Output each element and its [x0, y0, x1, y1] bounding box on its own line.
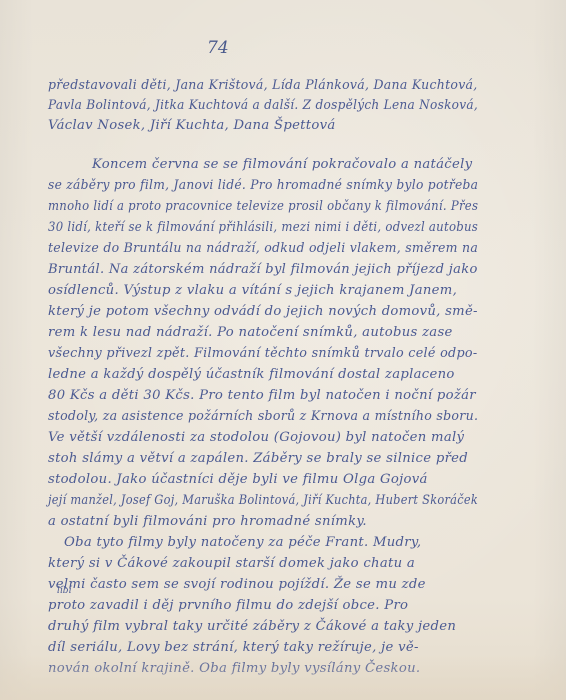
page-number: 74: [207, 38, 229, 58]
text-line: její manžel, Josef Goj, Maruška Bolintov…: [48, 493, 478, 508]
paragraph-start-line: Koncem června se se filmování pokračoval…: [92, 157, 472, 172]
text-line: všechny přivezl zpět. Filmování těchto s…: [48, 346, 477, 361]
text-line: televize do Bruntálu na nádraží, odkud o…: [48, 241, 478, 256]
text-line: rem k lesu nad nádraží. Po natočení sním…: [48, 325, 453, 340]
paper-edge-shadow: [0, 655, 566, 700]
text-line: stodoly, za asistence požárních sborů z …: [48, 409, 478, 424]
text-line: který si v Čákové zakoupil starší domek …: [48, 556, 415, 571]
insertion-note: líbí: [57, 586, 71, 596]
text-line: představovali děti, Jana Krištová, Lída …: [48, 78, 478, 93]
paragraph-start-line: Oba tyto filmy byly natočeny za péče Fra…: [64, 535, 421, 550]
text-line: stodolou. Jako účastníci děje byli ve fi…: [48, 472, 428, 487]
text-line: ledne a každý dospělý účastník filmování…: [48, 367, 455, 382]
text-line: Bruntál. Na zátorském nádraží byl filmov…: [48, 262, 478, 277]
text-line: 30 lidí, kteří se k filmování přihlásili…: [48, 220, 478, 235]
text-line: stoh slámy a větví a zapálen. Záběry se …: [48, 451, 468, 466]
text-line: osídlenců. Výstup z vlaku a vítání s jej…: [48, 283, 457, 298]
text-line: 80 Kčs a děti 30 Kčs. Pro tento film byl…: [48, 388, 476, 403]
text-line: se záběry pro film, Janovi lidé. Pro hro…: [48, 178, 478, 193]
text-line: mnoho lidí a proto pracovnice televize p…: [48, 199, 478, 214]
handwritten-page: 74 představovali děti, Jana Krištová, Lí…: [0, 0, 566, 700]
text-line: který je potom všechny odvádí do jejich …: [48, 304, 478, 319]
text-line: druhý film vybral taky určité záběry z Č…: [48, 619, 456, 634]
text-line: velmi často sem se svojí rodinou pojíždí…: [48, 577, 426, 592]
text-line: díl seriálu, Lovy bez strání, který taky…: [48, 640, 419, 655]
text-line: Ve větší vzdálenosti za stodolou (Gojovo…: [48, 430, 464, 445]
text-line: Václav Nosek, Jiří Kuchta, Dana Špettová: [48, 118, 336, 133]
text-line: a ostatní byli filmováni pro hromadné sn…: [48, 514, 367, 529]
text-line: Pavla Bolintová, Jitka Kuchtová a další.…: [48, 98, 478, 113]
text-line: proto zavadil i děj prvního filmu do zde…: [48, 598, 408, 613]
